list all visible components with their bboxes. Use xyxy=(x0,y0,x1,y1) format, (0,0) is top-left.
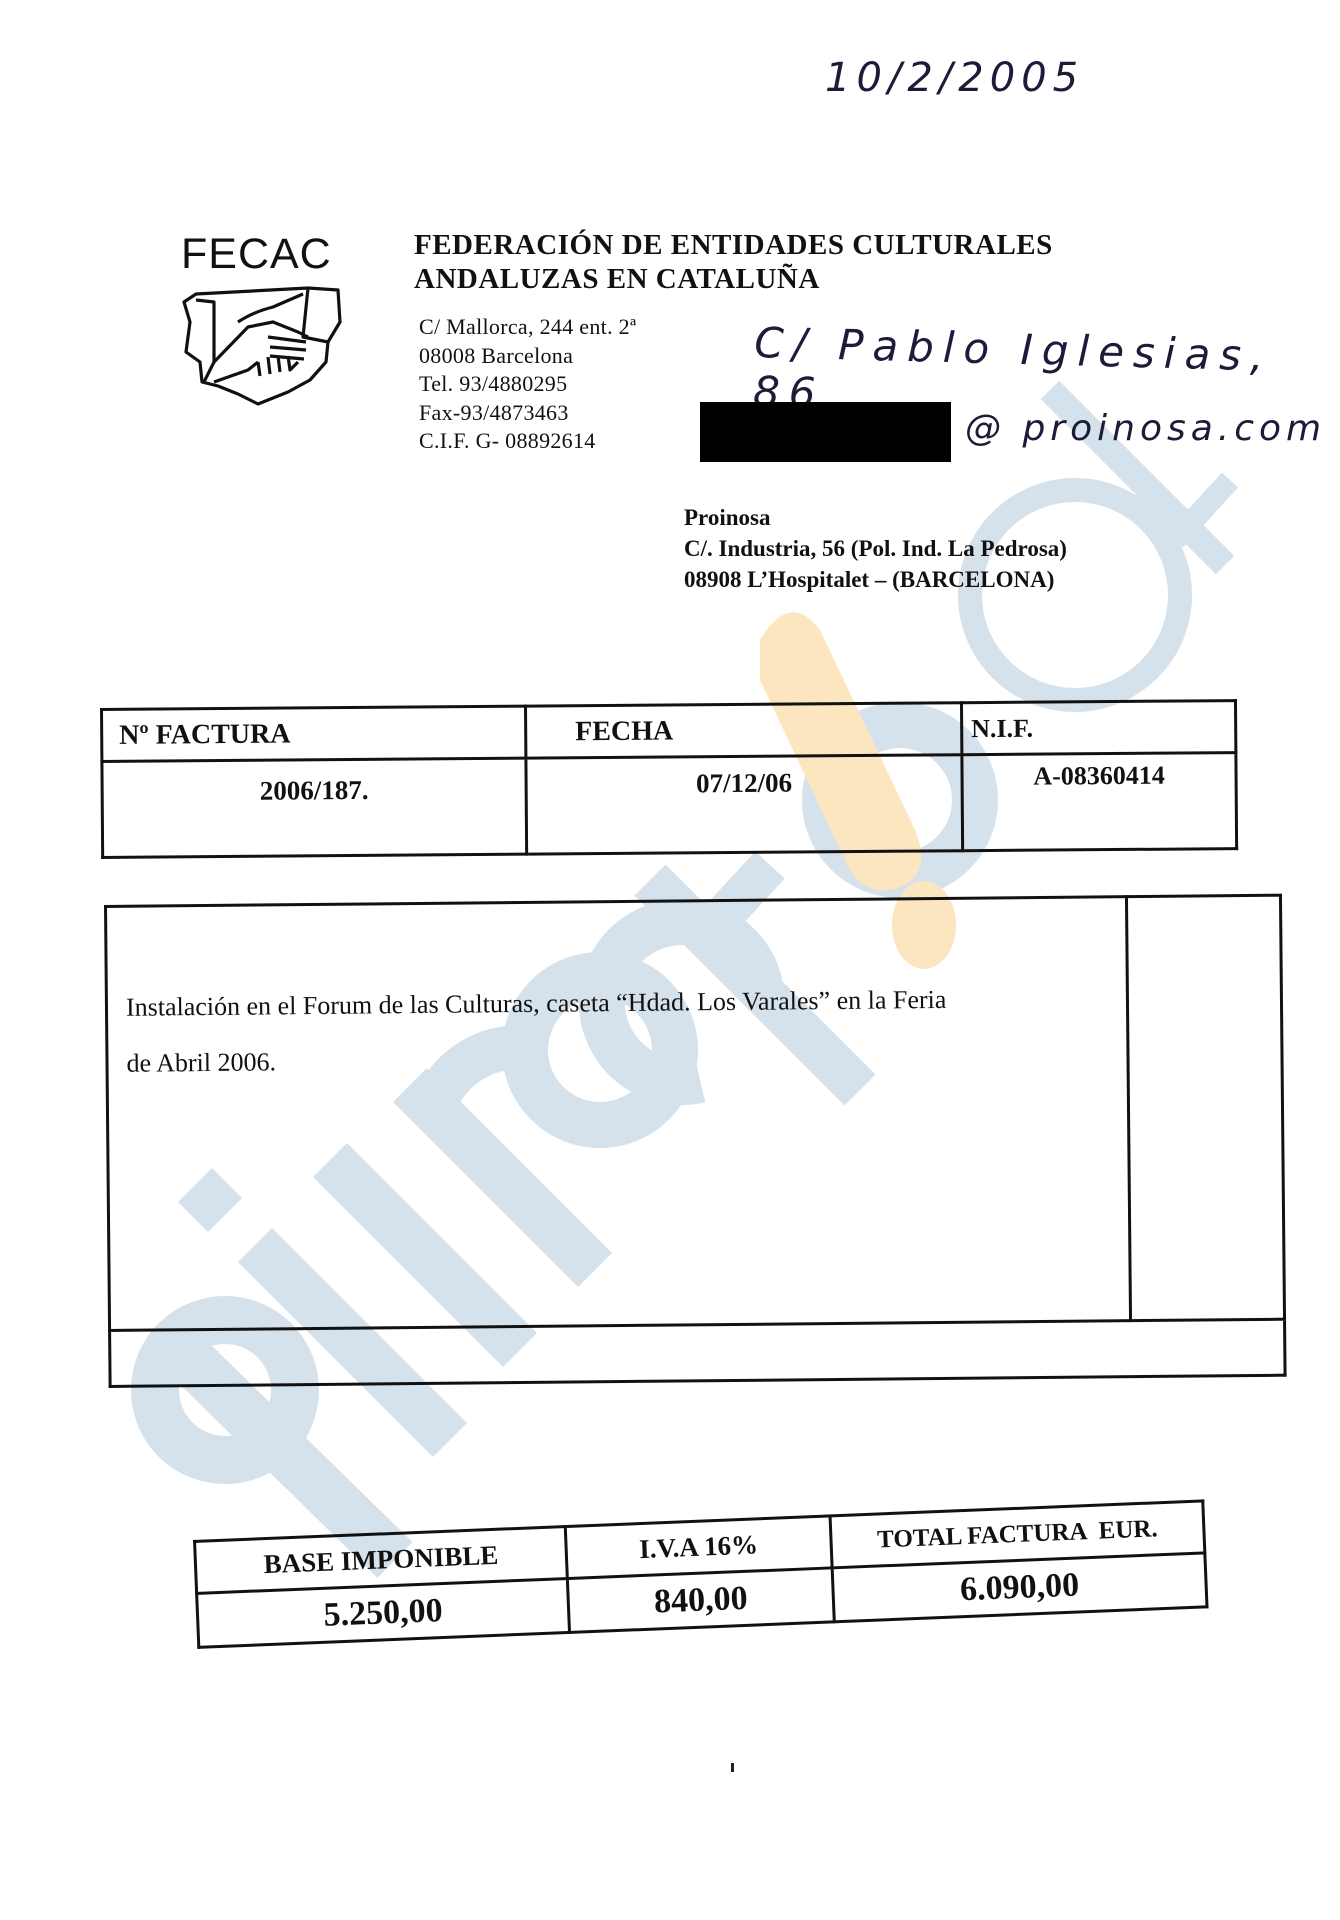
fecac-logo-icon xyxy=(178,282,348,407)
description-table: Instalación en el Forum de las Culturas,… xyxy=(104,894,1287,1388)
issuer-name-line1: FEDERACIÓN DE ENTIDADES CULTURALES xyxy=(414,228,1053,262)
issuer-address-street: C/ Mallorca, 244 ent. 2ª xyxy=(419,313,636,342)
issuer-name-line2: ANDALUZAS EN CATALUÑA xyxy=(414,262,820,296)
handwritten-email-note: @ proinosa.com xyxy=(965,408,1326,449)
description-line2: de Abril 2006. xyxy=(126,1026,1126,1092)
issuer-address: C/ Mallorca, 244 ent. 2ª 08008 Barcelona… xyxy=(419,313,636,456)
scan-speck xyxy=(731,1763,734,1772)
issuer-cif: C.I.F. G- 08892614 xyxy=(419,427,636,456)
description-amount-cell xyxy=(1126,895,1284,1320)
handwritten-date: 10/2/2005 xyxy=(825,55,1084,101)
recipient-address-line1: C/. Industria, 56 (Pol. Ind. La Pedrosa) xyxy=(684,533,1067,564)
invoice-number-value: 2006/187. xyxy=(102,758,527,857)
description-cell: Instalación en el Forum de las Culturas,… xyxy=(106,897,1131,1331)
iva-value: 840,00 xyxy=(567,1568,834,1633)
description-line1: Instalación en el Forum de las Culturas,… xyxy=(126,970,1126,1036)
fecac-logo-text: FECAC xyxy=(181,230,332,279)
nif-value: A-08360414 xyxy=(962,753,1237,851)
recipient-block: Proinosa C/. Industria, 56 (Pol. Ind. La… xyxy=(684,502,1067,595)
issuer-phone: Tel. 93/4880295 xyxy=(419,370,636,399)
recipient-address-line2: 08908 L’Hospitalet – (BARCELONA) xyxy=(684,564,1067,595)
invoice-date-value: 07/12/06 xyxy=(526,755,963,854)
header-invoice-number: Nº FACTURA xyxy=(102,706,526,761)
invoice-info-table: Nº FACTURA FECHA N.I.F. 2006/187. 07/12/… xyxy=(100,699,1238,859)
issuer-fax: Fax-93/4873463 xyxy=(419,399,636,428)
header-date: FECHA xyxy=(525,703,961,758)
description-footer-cell xyxy=(110,1319,1285,1386)
issuer-address-city: 08008 Barcelona xyxy=(419,342,636,371)
recipient-name: Proinosa xyxy=(684,502,1067,533)
invoice-page: 10/2/2005 FECAC FEDERACIÓN DE ENTIDADES … xyxy=(0,0,1340,1920)
totals-table: BASE IMPONIBLE I.V.A 16% TOTAL FACTURA E… xyxy=(193,1499,1209,1649)
header-nif: N.I.F. xyxy=(961,701,1235,755)
redacted-email-box xyxy=(700,402,951,462)
